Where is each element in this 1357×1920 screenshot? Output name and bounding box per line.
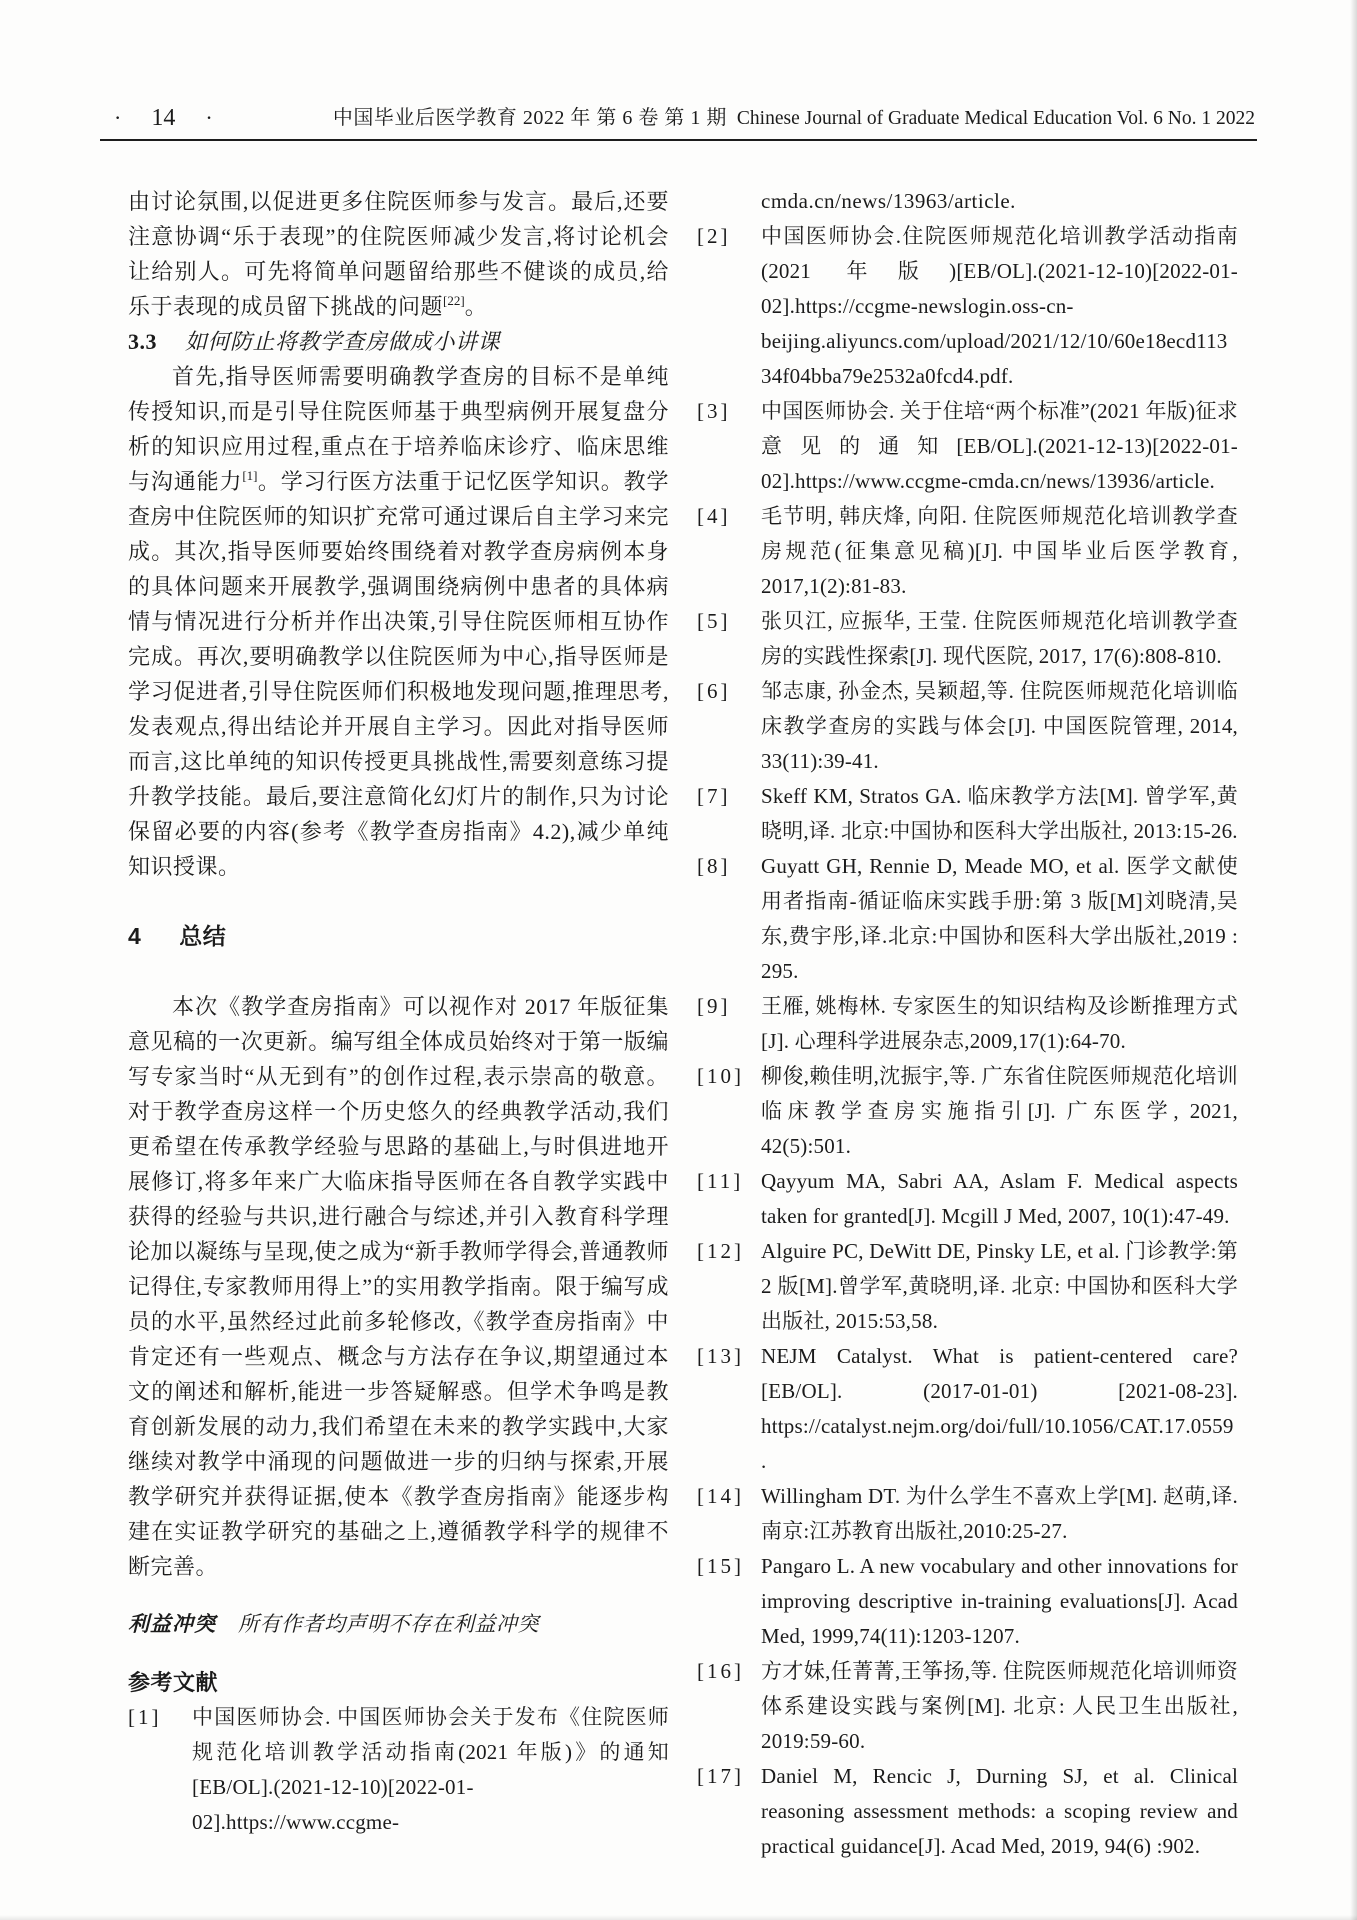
reference-label: [15] [697, 1549, 744, 1584]
reference-label: [3] [697, 394, 731, 429]
section-number: 4 [128, 923, 141, 949]
reference-text: Qayyum MA, Sabri AA, Aslam F. Medical as… [761, 1169, 1238, 1228]
reference-item: [2] 中国医师协会.住院医师规范化培训教学活动指南(2021 年版)[EB/O… [697, 219, 1238, 394]
reference-label: [8] [697, 849, 731, 884]
reference-item: [16] 方才妹,任菁菁,王筝扬,等. 住院医师规范化培训师资体系建设实践与案例… [697, 1654, 1238, 1759]
scan-edge-shadow-bottom [0, 1915, 1357, 1920]
page-header: ·14· 中国毕业后医学教育 2022 年 第 6 卷 第 1 期Chinese… [100, 102, 1255, 134]
reference-item: [15] Pangaro L. A new vocabulary and oth… [697, 1549, 1238, 1654]
reference-item: [14] Willingham DT. 为什么学生不喜欢上学[M]. 赵萌,译.… [697, 1479, 1238, 1549]
scan-edge-shadow-right [1350, 0, 1357, 1920]
reference-list-right: [2] 中国医师协会.住院医师规范化培训教学活动指南(2021 年版)[EB/O… [697, 219, 1238, 1864]
reference-item: [5] 张贝江, 应振华, 王莹. 住院医师规范化培训教学查房的实践性探索[J]… [697, 604, 1238, 674]
reference-text: 中国医师协会. 关于住培“两个标准”(2021 年版)征求意见的通知[EB/OL… [761, 399, 1238, 493]
reference-label: [13] [697, 1339, 744, 1374]
left-column: 由讨论氛围,以促进更多住院医师参与发言。最后,还要注意协调“乐于表现”的住院医师… [128, 184, 669, 1840]
page-number: 14 [151, 105, 175, 131]
reference-item: [6] 邹志康, 孙金杰, 吴颖超,等. 住院医师规范化培训临床教学查房的实践与… [697, 674, 1238, 779]
reference-text: Willingham DT. 为什么学生不喜欢上学[M]. 赵萌,译. 南京:江… [761, 1484, 1238, 1543]
header-rule [100, 139, 1257, 141]
reference-label: [9] [697, 989, 731, 1024]
reference-item-1: [1]中国医师协会. 中国医师协会关于发布《住院医师规范化培训教学活动指南(20… [128, 1700, 669, 1840]
reference-label: [2] [697, 219, 731, 254]
journal-title-chinese: 中国毕业后医学教育 2022 年 第 6 卷 第 1 期 [333, 107, 727, 129]
section-title: 如何防止将教学查房做成小讲课 [185, 329, 500, 354]
reference-text: 方才妹,任菁菁,王筝扬,等. 住院医师规范化培训师资体系建设实践与案例[M]. … [761, 1659, 1238, 1753]
section-title: 总结 [179, 923, 226, 949]
paragraph-text: 。学习行医方法重于记忆医学知识。教学查房中住院医师的知识扩充常可通过课后自主学习… [128, 469, 669, 879]
reference-text: 柳俊,赖佳明,沈振宇,等. 广东省住院医师规范化培训临床教学查房实施指引[J].… [761, 1064, 1238, 1158]
page-number-dot-left: · [114, 105, 121, 130]
journal-title-english: Chinese Journal of Graduate Medical Educ… [737, 108, 1255, 129]
reference-text: 中国医师协会.住院医师规范化培训教学活动指南(2021 年版)[EB/OL].(… [761, 224, 1238, 388]
reference-label: [1] [128, 1700, 162, 1735]
reference-label: [14] [697, 1479, 744, 1514]
journal-page: ·14· 中国毕业后医学教育 2022 年 第 6 卷 第 1 期Chinese… [0, 0, 1357, 1920]
reference-label: [4] [697, 499, 731, 534]
reference-text: 王雁, 姚梅林. 专家医生的知识结构及诊断推理方式[J]. 心理科学进展杂志,2… [761, 994, 1238, 1053]
reference-item: [8] Guyatt GH, Rennie D, Meade MO, et al… [697, 849, 1238, 989]
reference-label: [6] [697, 674, 731, 709]
body-paragraph-2: 本次《教学查房指南》可以视作对 2017 年版征集意见稿的一次更新。编写组全体成… [128, 989, 669, 1584]
reference-item: [3] 中国医师协会. 关于住培“两个标准”(2021 年版)征求意见的通知[E… [697, 394, 1238, 499]
paragraph-text-end: 。 [465, 294, 488, 319]
citation-superscript-22: [22] [443, 293, 465, 308]
citation-superscript-1: [1] [242, 468, 257, 483]
reference-item: [17] Daniel M, Rencic J, Durning SJ, et … [697, 1759, 1238, 1864]
reference-text: 毛节明, 韩庆烽, 向阳. 住院医师规范化培训教学查房规范(征集意见稿)[J].… [761, 504, 1238, 598]
reference-item: [10] 柳俊,赖佳明,沈振宇,等. 广东省住院医师规范化培训临床教学查房实施指… [697, 1059, 1238, 1164]
reference-text: 邹志康, 孙金杰, 吴颖超,等. 住院医师规范化培训临床教学查房的实践与体会[J… [761, 679, 1238, 773]
page-number-dot-right: · [205, 105, 212, 130]
journal-title-line: 中国毕业后医学教育 2022 年 第 6 卷 第 1 期Chinese Jour… [333, 102, 1255, 135]
reference-text: Daniel M, Rencic J, Durning SJ, et al. C… [761, 1764, 1238, 1858]
reference-label: [17] [697, 1759, 744, 1794]
section-number: 3.3 [128, 329, 157, 354]
reference-text: Alguire PC, DeWitt DE, Pinsky LE, et al.… [761, 1239, 1238, 1333]
reference-text: 张贝江, 应振华, 王莹. 住院医师规范化培训教学查房的实践性探索[J]. 现代… [761, 609, 1238, 668]
reference-text: NEJM Catalyst. What is patient-centered … [761, 1344, 1238, 1473]
reference-item: [11] Qayyum MA, Sabri AA, Aslam F. Medic… [697, 1164, 1238, 1234]
reference-label: [12] [697, 1234, 744, 1269]
reference-text: Skeff KM, Stratos GA. 临床教学方法[M]. 曾学军,黄晓明… [761, 784, 1238, 843]
reference-text: 中国医师协会. 中国医师协会关于发布《住院医师规范化培训教学活动指南(2021 … [192, 1705, 669, 1834]
body-paragraph-1: 首先,指导医师需要明确教学查房的目标不是单纯传授知识,而是引导住院医师基于典型病… [128, 359, 669, 884]
section-heading-3-3: 3.3如何防止将教学查房做成小讲课 [128, 324, 669, 359]
reference-text: Guyatt GH, Rennie D, Meade MO, et al. 医学… [761, 854, 1238, 983]
references-heading: 参考文献 [128, 1665, 669, 1700]
section-heading-4: 4总结 [128, 919, 669, 954]
reference-item: [12] Alguire PC, DeWitt DE, Pinsky LE, e… [697, 1234, 1238, 1339]
reference-1-continuation: cmda.cn/news/13963/article. [697, 184, 1238, 219]
right-column: cmda.cn/news/13963/article. [2] 中国医师协会.住… [697, 184, 1238, 1864]
page-number-block: ·14· [114, 102, 213, 135]
paragraph-text: 由讨论氛围,以促进更多住院医师参与发言。最后,还要注意协调“乐于表现”的住院医师… [128, 189, 669, 319]
conflict-of-interest-text: 所有作者均声明不存在利益冲突 [238, 1612, 539, 1636]
reference-label: [10] [697, 1059, 744, 1094]
reference-text: cmda.cn/news/13963/article. [761, 189, 1016, 213]
reference-item: [9] 王雁, 姚梅林. 专家医生的知识结构及诊断推理方式[J]. 心理科学进展… [697, 989, 1238, 1059]
conflict-of-interest-label: 利益冲突 [128, 1612, 216, 1636]
conflict-of-interest-statement: 利益冲突所有作者均声明不存在利益冲突 [128, 1607, 669, 1642]
reference-text: Pangaro L. A new vocabulary and other in… [761, 1554, 1238, 1648]
reference-label: [16] [697, 1654, 744, 1689]
reference-label: [7] [697, 779, 731, 814]
reference-label: [11] [697, 1164, 743, 1199]
reference-item: [13] NEJM Catalyst. What is patient-cent… [697, 1339, 1238, 1479]
reference-item: [4] 毛节明, 韩庆烽, 向阳. 住院医师规范化培训教学查房规范(征集意见稿)… [697, 499, 1238, 604]
reference-item: [7] Skeff KM, Stratos GA. 临床教学方法[M]. 曾学军… [697, 779, 1238, 849]
reference-label: [5] [697, 604, 731, 639]
body-paragraph-continued: 由讨论氛围,以促进更多住院医师参与发言。最后,还要注意协调“乐于表现”的住院医师… [128, 184, 669, 324]
